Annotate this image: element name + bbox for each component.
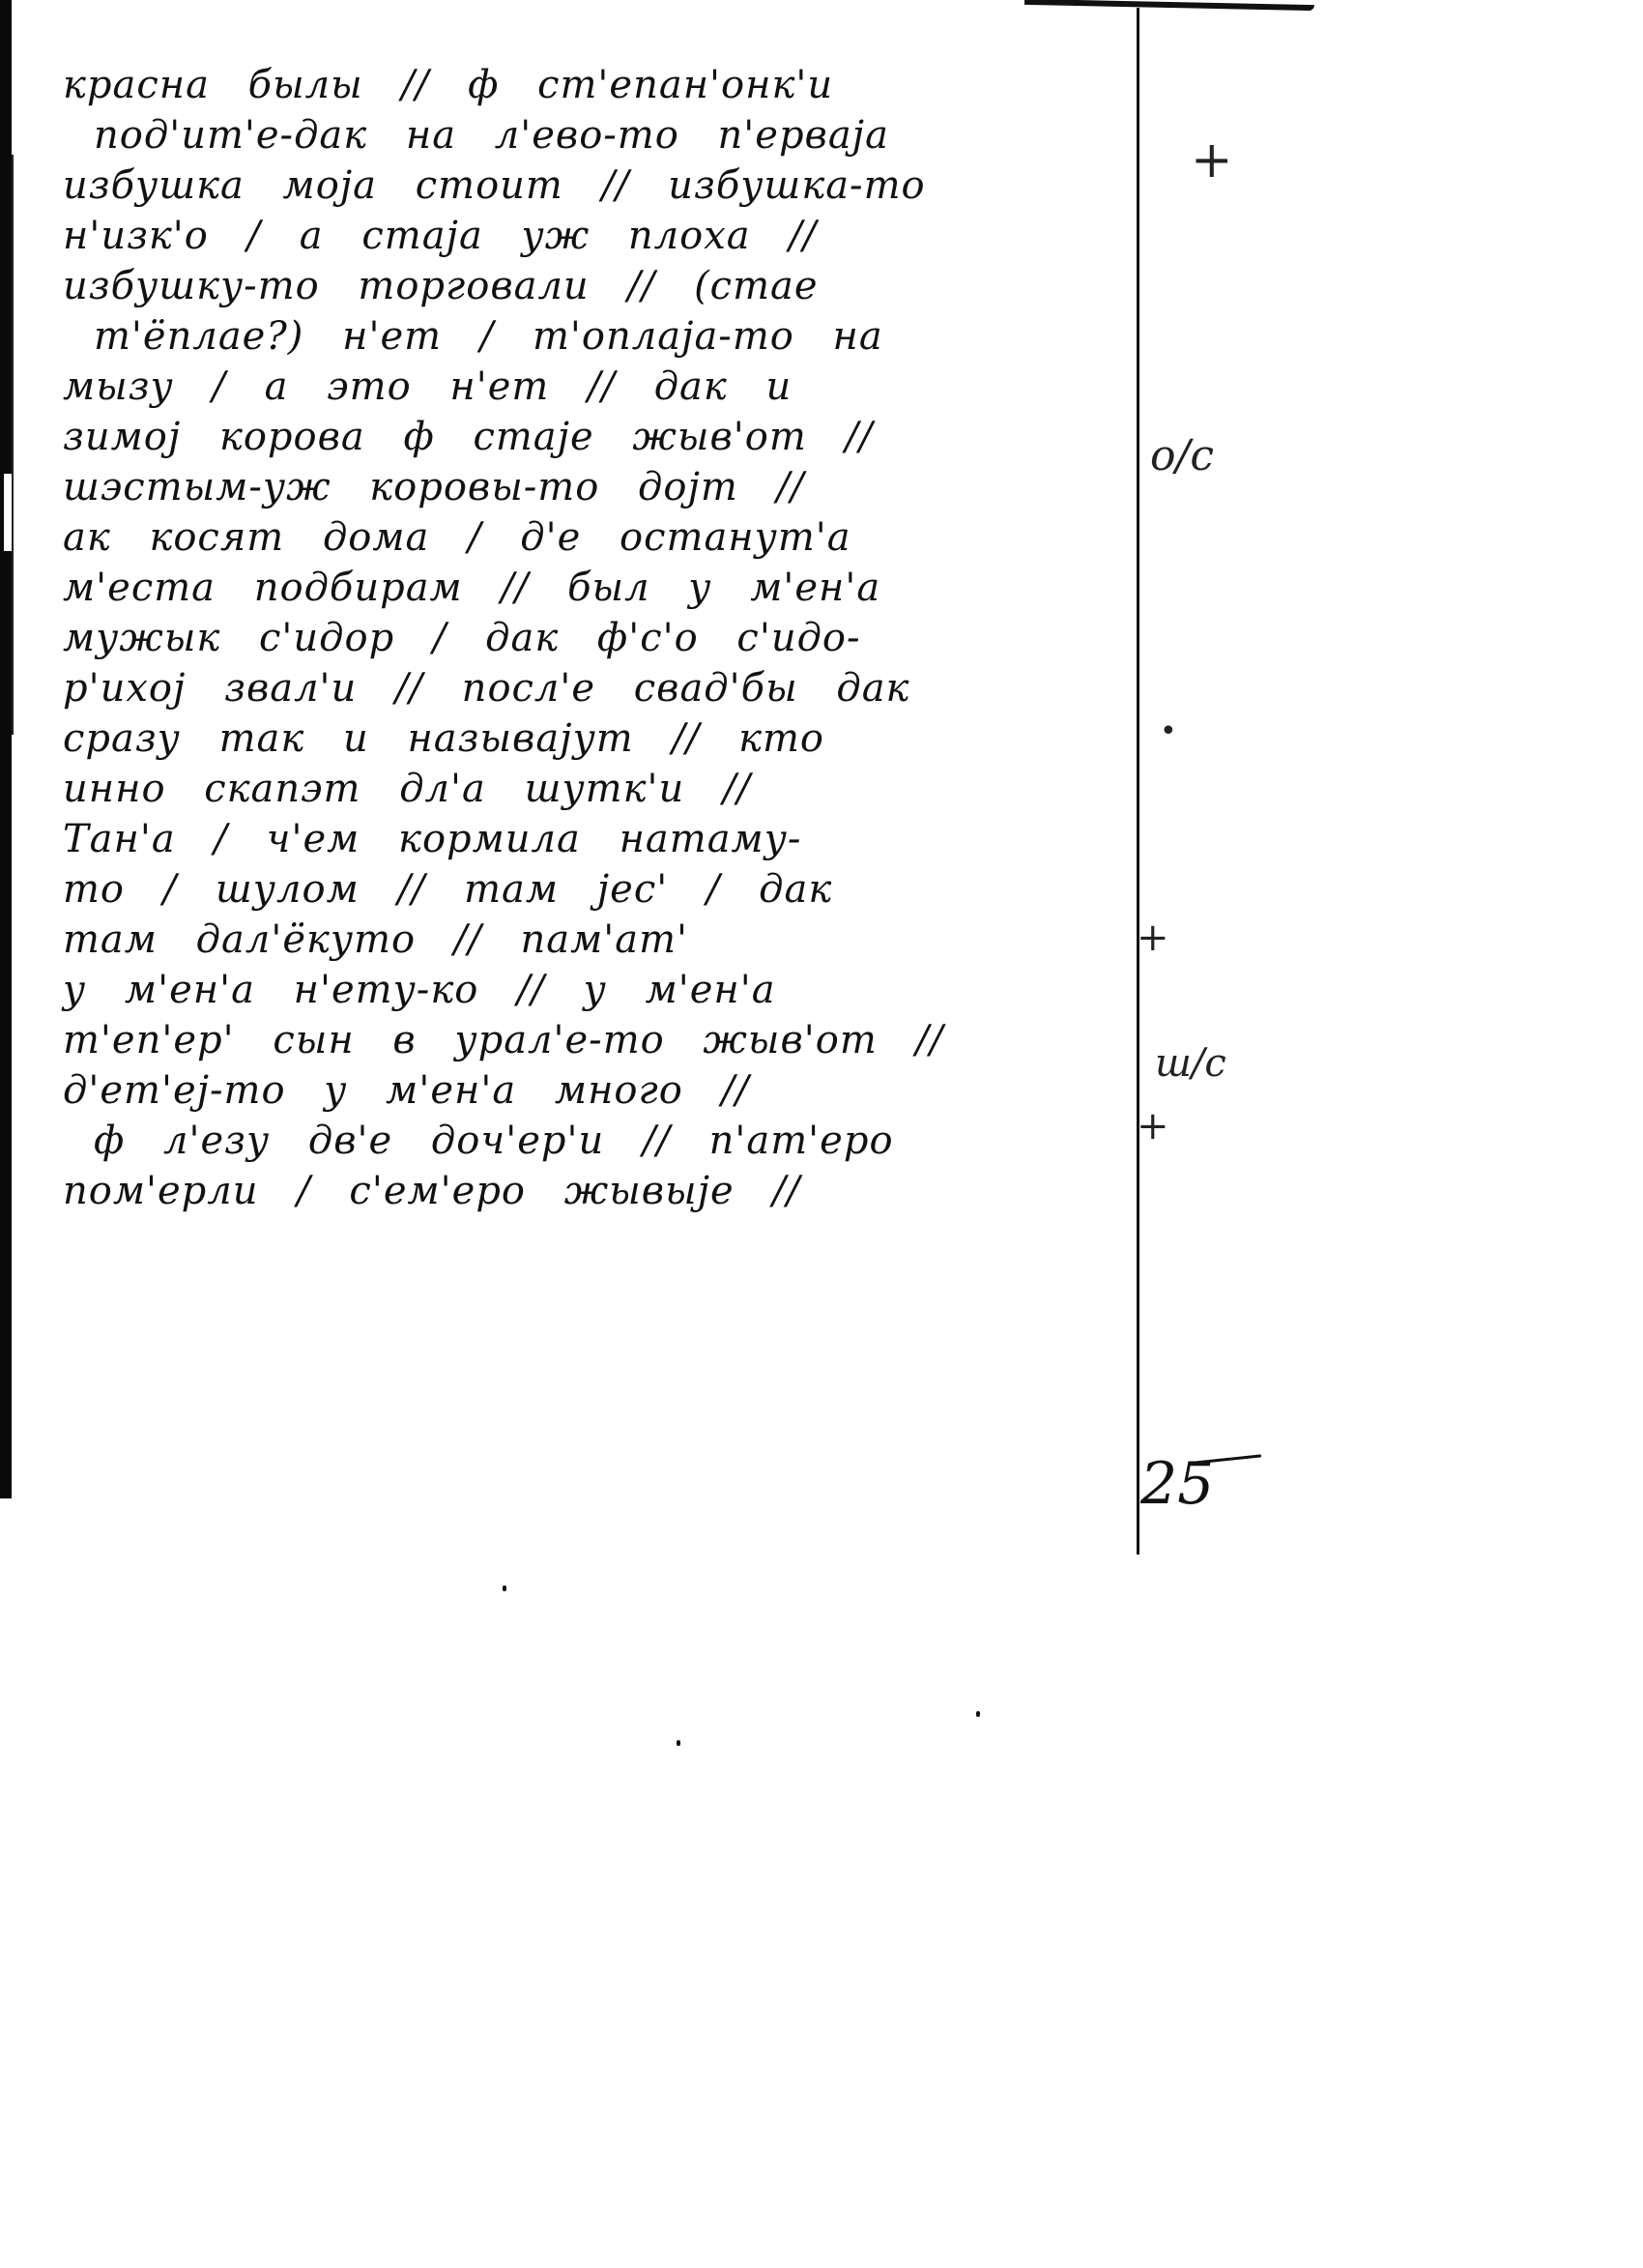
text-line: д'ет'еј-то у м'ен'а много // (63, 1065, 1126, 1116)
text-line: сразу так и называјут // кто (63, 713, 1126, 764)
text-line: избушку-то торговали // (стае (63, 261, 1126, 311)
text-line: инно скапэт дл'а шутк'и // (63, 764, 1126, 814)
text-line: Тан'а / ч'ем кормила натаму- (63, 814, 1126, 864)
text-line: т'еп'ер' сын в урал'е-то жыв'от // (63, 1015, 1126, 1065)
text-line: под'ит'е-дак на л'ево-то п'ервајa (63, 110, 1126, 160)
text-line: ак косят дома / д'е останут'а (63, 512, 1126, 563)
page-number: 25 (1140, 1450, 1214, 1518)
margin-plus-mark: + (1137, 918, 1169, 957)
scan-edge-border (0, 0, 12, 1498)
text-line: мужык с'идор / дак ф'с'о с'идо- (63, 613, 1126, 663)
scan-speck (503, 1585, 506, 1591)
scan-edge-line (12, 155, 14, 735)
text-line: шэстым-уж коровы-то дојт // (63, 462, 1126, 512)
text-line: там дал'ёкуто // пам'ат' (63, 915, 1126, 965)
text-line: избушка мојa стоит // избушка-то (63, 160, 1126, 211)
margin-plus-mark: + (1137, 1107, 1169, 1146)
text-line: мызу / а это н'ет // дак и (63, 362, 1126, 412)
margin-plus-mark: + (1191, 135, 1233, 186)
scan-speck (976, 1711, 980, 1717)
text-line: р'ихој звал'и // посл'е свад'бы дак (63, 663, 1126, 713)
margin-note-shs: ш/с (1155, 1044, 1226, 1083)
transcription-text: красна былы // ф ст'епан'онк'и под'ит'е-… (63, 60, 1126, 1216)
text-line: т'ёплае?) н'ет / т'оплаја-то на (63, 311, 1126, 362)
text-line: пом'ерли / с'ем'еро жывыје // (63, 1166, 1126, 1216)
scan-speck (677, 1740, 680, 1746)
text-line: то / шулом // там јес' / дак (63, 864, 1126, 915)
margin-note-oc: о/с (1150, 435, 1214, 478)
text-line: красна былы // ф ст'епан'онк'и (63, 60, 1126, 110)
text-line: зимој корова ф стаје жыв'от // (63, 412, 1126, 462)
text-line: ф л'езу дв'е доч'ер'и // п'ат'еро (63, 1116, 1126, 1166)
margin-dot-mark: • (1160, 717, 1177, 746)
text-line: н'изк'о / а стаја уж плоха // (63, 211, 1126, 261)
text-line: м'еста подбирам // был у м'ен'а (63, 563, 1126, 613)
text-line: у м'ен'а н'ету-ко // у м'ен'а (63, 965, 1126, 1015)
margin-rule-line (1137, 8, 1139, 1555)
scanned-page: красна былы // ф ст'епан'онк'и под'ит'е-… (0, 0, 1643, 2268)
top-rule-line (1024, 0, 1314, 11)
